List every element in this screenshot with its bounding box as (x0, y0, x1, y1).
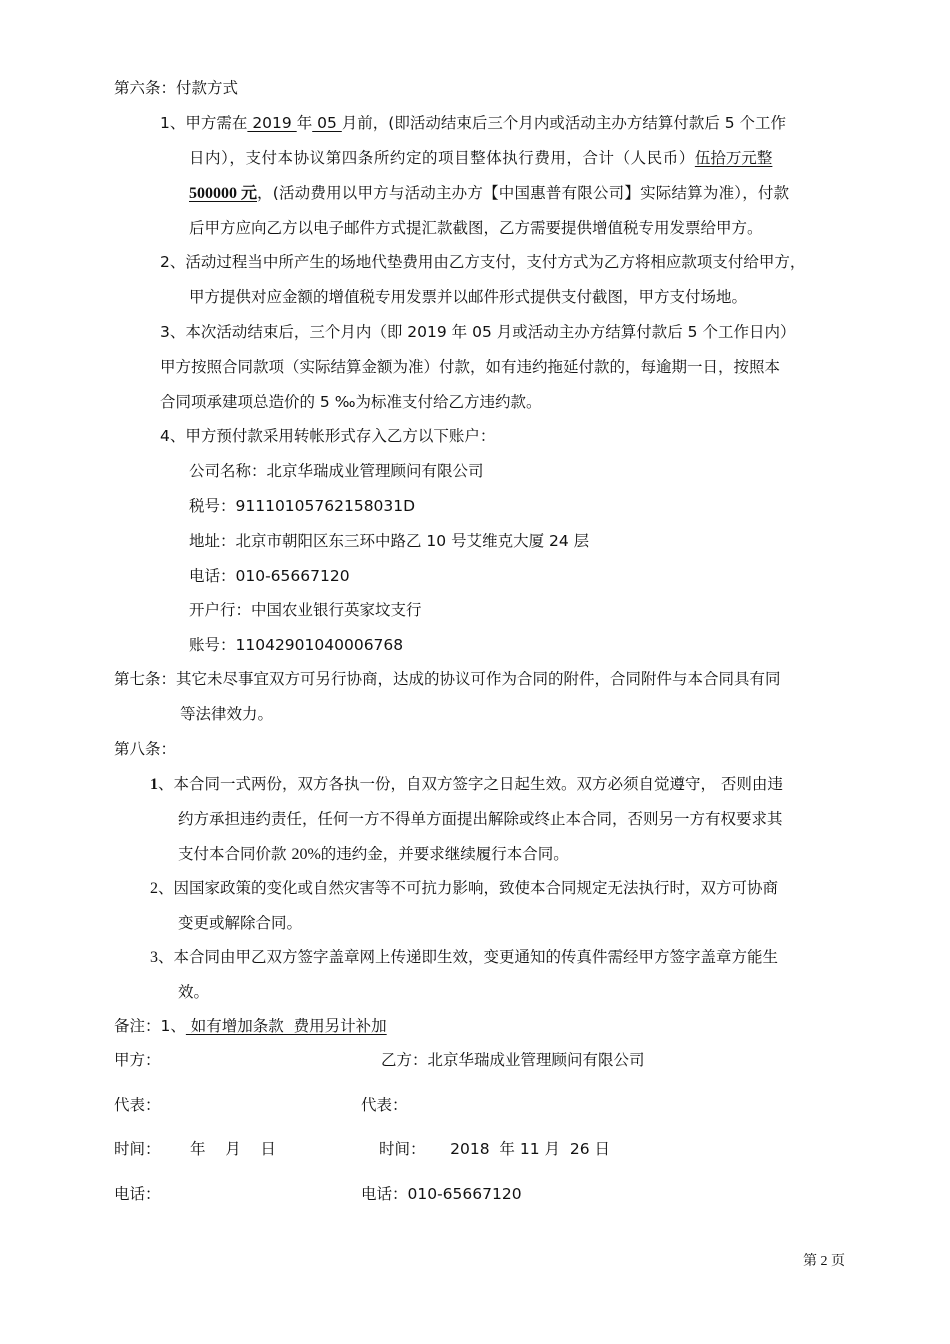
article6-item3-line2: 甲方按照合同款项（实际结算金额为准）付款，如有违约拖延付款的，每逾期一日，按照本 (160, 357, 780, 377)
account-phone: 电话：010-65667120 (189, 566, 350, 586)
article8-item3-line2: 效。 (178, 982, 209, 1002)
article8-item2-line2: 变更或解除合同。 (178, 913, 302, 933)
article8-item1-line2: 约方承担违约责任，任何一方不得单方面提出解除或终止本合同，否则另一方有权要求其 (178, 809, 783, 829)
account-bank: 开户行：中国农业银行英家坟支行 (189, 600, 422, 620)
party-b-name: 乙方：北京华瑞成业管理顾问有限公司 (381, 1050, 645, 1070)
article8-item1-line1: 1、本合同一式两份，双方各执一份，自双方签字之日起生效。双方必须自觉遵守， 否则… (150, 774, 783, 794)
item-number: 3 (150, 949, 158, 966)
article6-item4-line1: 4、甲方预付款采用转帐形式存入乙方以下账户： (160, 426, 495, 446)
article8-item1-line3: 支付本合同价款 20%的违约金，并要求继续履行本合同。 (178, 844, 569, 864)
party-a-label: 甲方： (114, 1050, 161, 1070)
account-address: 地址：北京市朝阳区东三环中路乙 10 号艾维克大厦 24 层 (189, 531, 589, 551)
article6-item2-line1: 2、活动过程当中所产生的场地代垫费用由乙方支付，支付方式为乙方将相应款项支付给甲… (160, 252, 805, 272)
article6-item1-line2: 日内），支付本协议第四条所约定的项目整体执行费用，合计（人民币）伍拾万元整 (189, 148, 772, 168)
item-number: 1 (150, 776, 158, 793)
party-b-representative: 代表： (361, 1095, 408, 1115)
remarks-label: 备注：1、 (114, 1017, 186, 1035)
account-company-name: 公司名称：北京华瑞成业管理顾问有限公司 (189, 461, 484, 481)
article8-item2-line1: 2、因国家政策的变化或自然灾害等不可抗力影响，致使本合同规定无法执行时，双方可协… (150, 878, 778, 898)
article6-item3-line3: 合同项承建项总造价的 5 ‰为标准支付给乙方违约款。 (160, 392, 542, 412)
article6-item3-line1: 3、本次活动结束后，三个月内（即 2019 年 05 月或活动主办方结算付款后 … (160, 322, 795, 342)
party-a-phone: 电话： (114, 1184, 161, 1204)
article6-item1-line3: 500000 元，(活动费用以甲方与活动主办方【中国惠普有限公司】实际结算为准）… (189, 183, 789, 203)
item-number: 1、 (160, 114, 185, 132)
amount-in-words: 伍拾万元整 (695, 149, 773, 167)
remarks-text: 如有增加条款 费用另计补加 (186, 1017, 387, 1035)
payment-month: 05 (312, 114, 342, 132)
article6-item1-line1: 1、甲方需在 2019 年 05 月前，(即活动结束后三个月内或活动主办方结算付… (160, 113, 845, 133)
account-number: 账号：11042901040006768 (189, 635, 403, 655)
party-b-phone: 电话：010-65667120 (361, 1184, 522, 1204)
account-tax-id: 税号：91110105762158031D (189, 496, 415, 516)
page-number: 第 2 页 (803, 1250, 845, 1270)
article8-heading: 第八条： (114, 739, 176, 759)
article7-line1: 第七条：其它未尽事宜双方可另行协商，达成的协议可作为合同的附件，合同附件与本合同… (114, 669, 781, 689)
article8-item3-line1: 3、本合同由甲乙双方签字盖章网上传递即生效，变更通知的传真件需经甲方签字盖章方能… (150, 947, 778, 967)
article7-line2: 等法律效力。 (180, 704, 273, 724)
party-a-representative: 代表： (114, 1095, 161, 1115)
party-b-time: 时间： 2018 年 11 月 26 日 (379, 1139, 610, 1159)
payment-year: 2019 (247, 114, 296, 132)
remarks: 备注：1、 如有增加条款 费用另计补加 (114, 1016, 387, 1036)
amount-number: 500000 元 (189, 185, 257, 202)
article6-item1-line4: 后甲方应向乙方以电子邮件方式提汇款截图，乙方需要提供增值税专用发票给甲方。 (189, 218, 763, 238)
article6-item2-line2: 甲方提供对应金额的增值税专用发票并以邮件形式提供支付截图，甲方支付场地。 (189, 287, 747, 307)
party-a-time-value: 年 月 日 (190, 1139, 276, 1159)
item-number: 2 (150, 880, 158, 897)
party-a-time-label: 时间： (114, 1139, 161, 1159)
article6-heading: 第六条：付款方式 (114, 78, 238, 98)
